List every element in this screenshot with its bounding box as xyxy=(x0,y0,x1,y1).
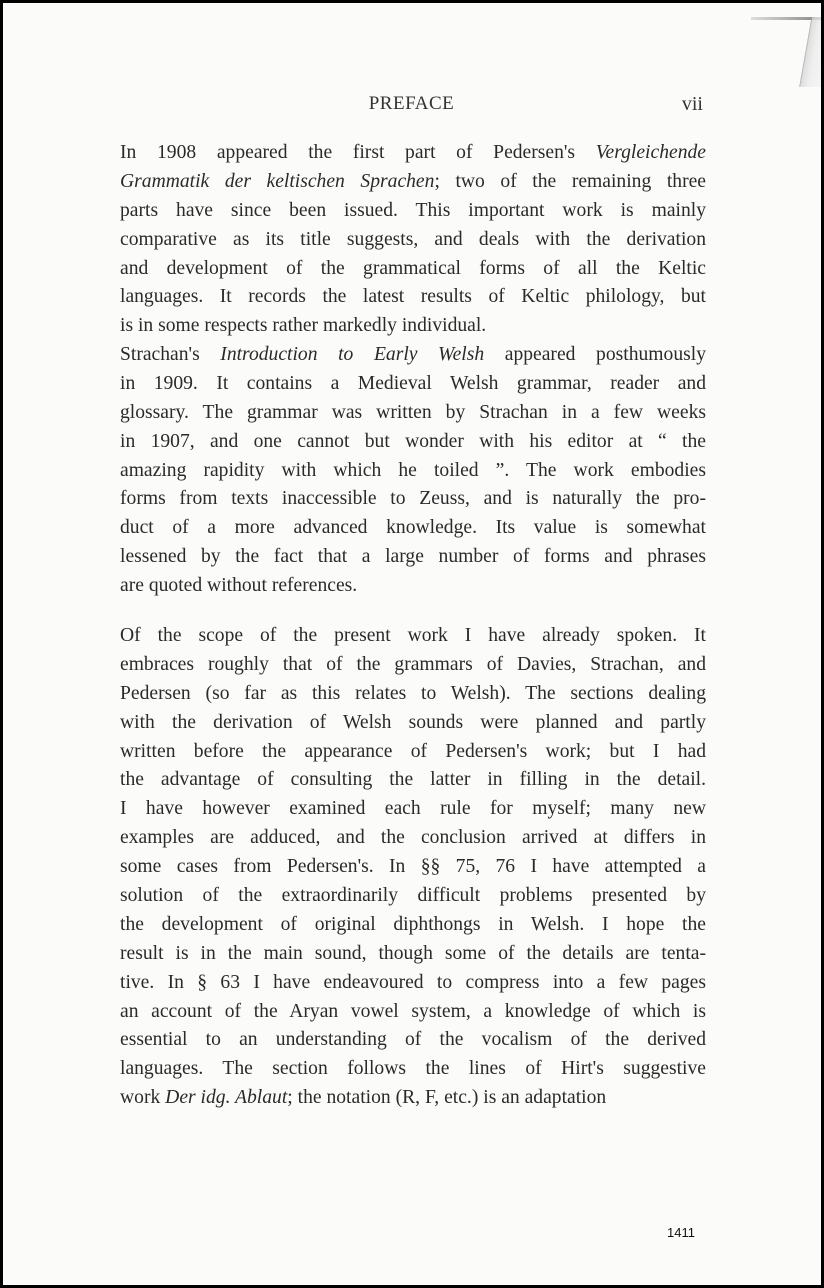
text-line: comparative as its title suggests, and d… xyxy=(120,226,706,255)
text-line: the advantage of consulting the latter i… xyxy=(120,766,706,795)
text-line: languages. The section follows the lines… xyxy=(120,1055,706,1084)
text-line: parts have since been issued. This impor… xyxy=(120,197,706,226)
text-line: the development of original diphthongs i… xyxy=(120,911,706,940)
text-line: Pedersen (so far as this relates to Wels… xyxy=(120,680,706,709)
page-title: PREFACE xyxy=(120,93,703,115)
text-line: essential to an understanding of the voc… xyxy=(120,1026,706,1055)
text-line: Strachan's Introduction to Early Welsh a… xyxy=(120,341,706,370)
text-line: forms from texts inaccessible to Zeuss, … xyxy=(120,485,706,514)
page-number: vii xyxy=(682,93,703,116)
scanned-page: PREFACE vii In 1908 appeared the first p… xyxy=(3,3,821,1285)
italic-title: Vergleichende xyxy=(596,142,706,163)
text-line: examples are adduced, and the conclusion… xyxy=(120,824,706,853)
text-line: an account of the Aryan vowel system, a … xyxy=(120,998,706,1027)
page-fold-corner xyxy=(791,17,821,87)
text-line: languages. It records the latest results… xyxy=(120,283,706,312)
italic-title: Grammatik der keltischen Sprachen xyxy=(120,171,434,192)
text-line: solution of the extraordinarily difficul… xyxy=(120,882,706,911)
text-line: written before the appearance of Pederse… xyxy=(120,738,706,767)
text-line: in 1909. It contains a Medieval Welsh gr… xyxy=(120,370,706,399)
italic-title: Introduction to Early Welsh xyxy=(220,344,484,365)
paragraph: In 1908 appeared the first part of Peder… xyxy=(120,139,706,341)
text-line: embraces roughly that of the grammars of… xyxy=(120,651,706,680)
text-line: amazing rapidity with which he toiled ”.… xyxy=(120,457,706,486)
text-line: glossary. The grammar was written by Str… xyxy=(120,399,706,428)
text-line: with the derivation of Welsh sounds were… xyxy=(120,709,706,738)
text-line: work Der idg. Ablaut; the notation (R, F… xyxy=(120,1084,706,1113)
paragraph: Strachan's Introduction to Early Welsh a… xyxy=(120,341,706,601)
text-line: duct of a more advanced knowledge. Its v… xyxy=(120,514,706,543)
text-line: in 1907, and one cannot but wonder with … xyxy=(120,428,706,457)
paragraph: Of the scope of the present work I have … xyxy=(120,622,706,1113)
text-line: Grammatik der keltischen Sprachen; two o… xyxy=(120,168,706,197)
text-line: In 1908 appeared the first part of Peder… xyxy=(120,139,706,168)
text-line: some cases from Pedersen's. In §§ 75, 76… xyxy=(120,853,706,882)
archive-stamp-number: 1411 xyxy=(667,1225,695,1240)
text-line: is in some respects rather markedly indi… xyxy=(120,312,706,341)
running-header: PREFACE vii xyxy=(120,93,703,121)
text-line: and development of the grammatical forms… xyxy=(120,255,706,284)
text-line: I have however examined each rule for my… xyxy=(120,795,706,824)
text-line: tive. In § 63 I have endeavoured to comp… xyxy=(120,969,706,998)
text-line: lessened by the fact that a large number… xyxy=(120,543,706,572)
italic-title: Der idg. Ablaut xyxy=(165,1087,287,1108)
text-line: Of the scope of the present work I have … xyxy=(120,622,706,651)
text-line: are quoted without references. xyxy=(120,572,706,601)
text-line: result is in the main sound, though some… xyxy=(120,940,706,969)
